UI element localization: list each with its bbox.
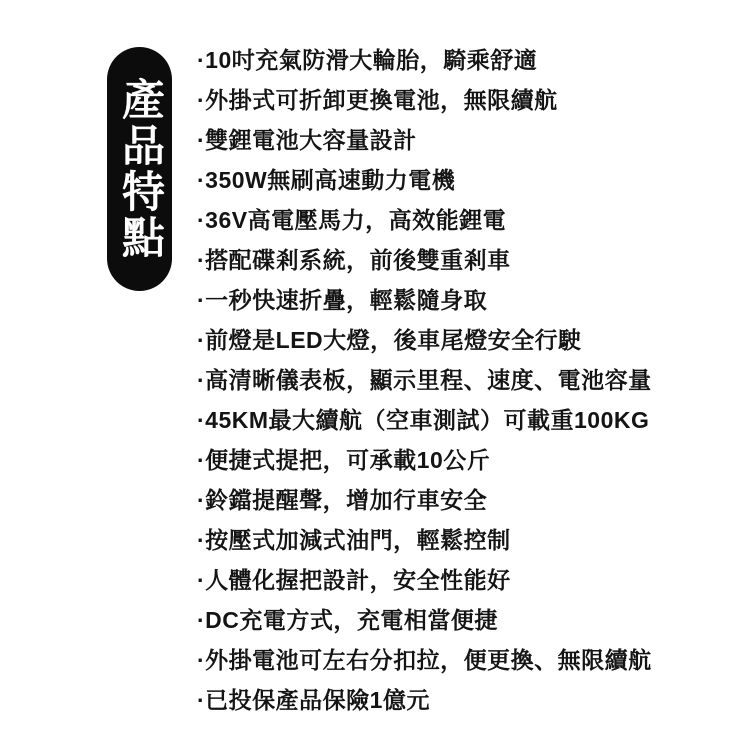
feature-list: ·10吋充氣防滑大輪胎，騎乘舒適 ·外掛式可折卸更換電池，無限續航 ·雙鋰電池大… <box>197 40 727 720</box>
feature-item: ·一秒快速折疊，輕鬆隨身取 <box>197 280 727 320</box>
product-features-panel: 產品特點 ·10吋充氣防滑大輪胎，騎乘舒適 ·外掛式可折卸更換電池，無限續航 ·… <box>0 0 750 750</box>
feature-item: ·外掛電池可左右分扣拉，便更換、無限續航 <box>197 640 727 680</box>
feature-item: ·按壓式加減式油門，輕鬆控制 <box>197 520 727 560</box>
feature-item: ·鈴鐺提醒聲，增加行車安全 <box>197 480 727 520</box>
feature-item: ·45KM最大續航（空車測試）可載重100KG <box>197 400 727 440</box>
feature-item: ·36V高電壓馬力，高效能鋰電 <box>197 200 727 240</box>
feature-item: ·便捷式提把，可承載10公斤 <box>197 440 727 480</box>
section-title-badge: 產品特點 <box>107 47 172 291</box>
feature-item: ·人體化握把設計，安全性能好 <box>197 560 727 600</box>
section-title: 產品特點 <box>118 77 161 261</box>
feature-item: ·外掛式可折卸更換電池，無限續航 <box>197 80 727 120</box>
feature-item: ·高清晰儀表板，顯示里程、速度、電池容量 <box>197 360 727 400</box>
feature-item: ·DC充電方式，充電相當便捷 <box>197 600 727 640</box>
feature-item: ·雙鋰電池大容量設計 <box>197 120 727 160</box>
feature-item: ·搭配碟剎系統，前後雙重剎車 <box>197 240 727 280</box>
feature-item: ·前燈是LED大燈，後車尾燈安全行駛 <box>197 320 727 360</box>
feature-item: ·10吋充氣防滑大輪胎，騎乘舒適 <box>197 40 727 80</box>
feature-item: ·已投保產品保險1億元 <box>197 680 727 720</box>
feature-item: ·350W無刷高速動力電機 <box>197 160 727 200</box>
